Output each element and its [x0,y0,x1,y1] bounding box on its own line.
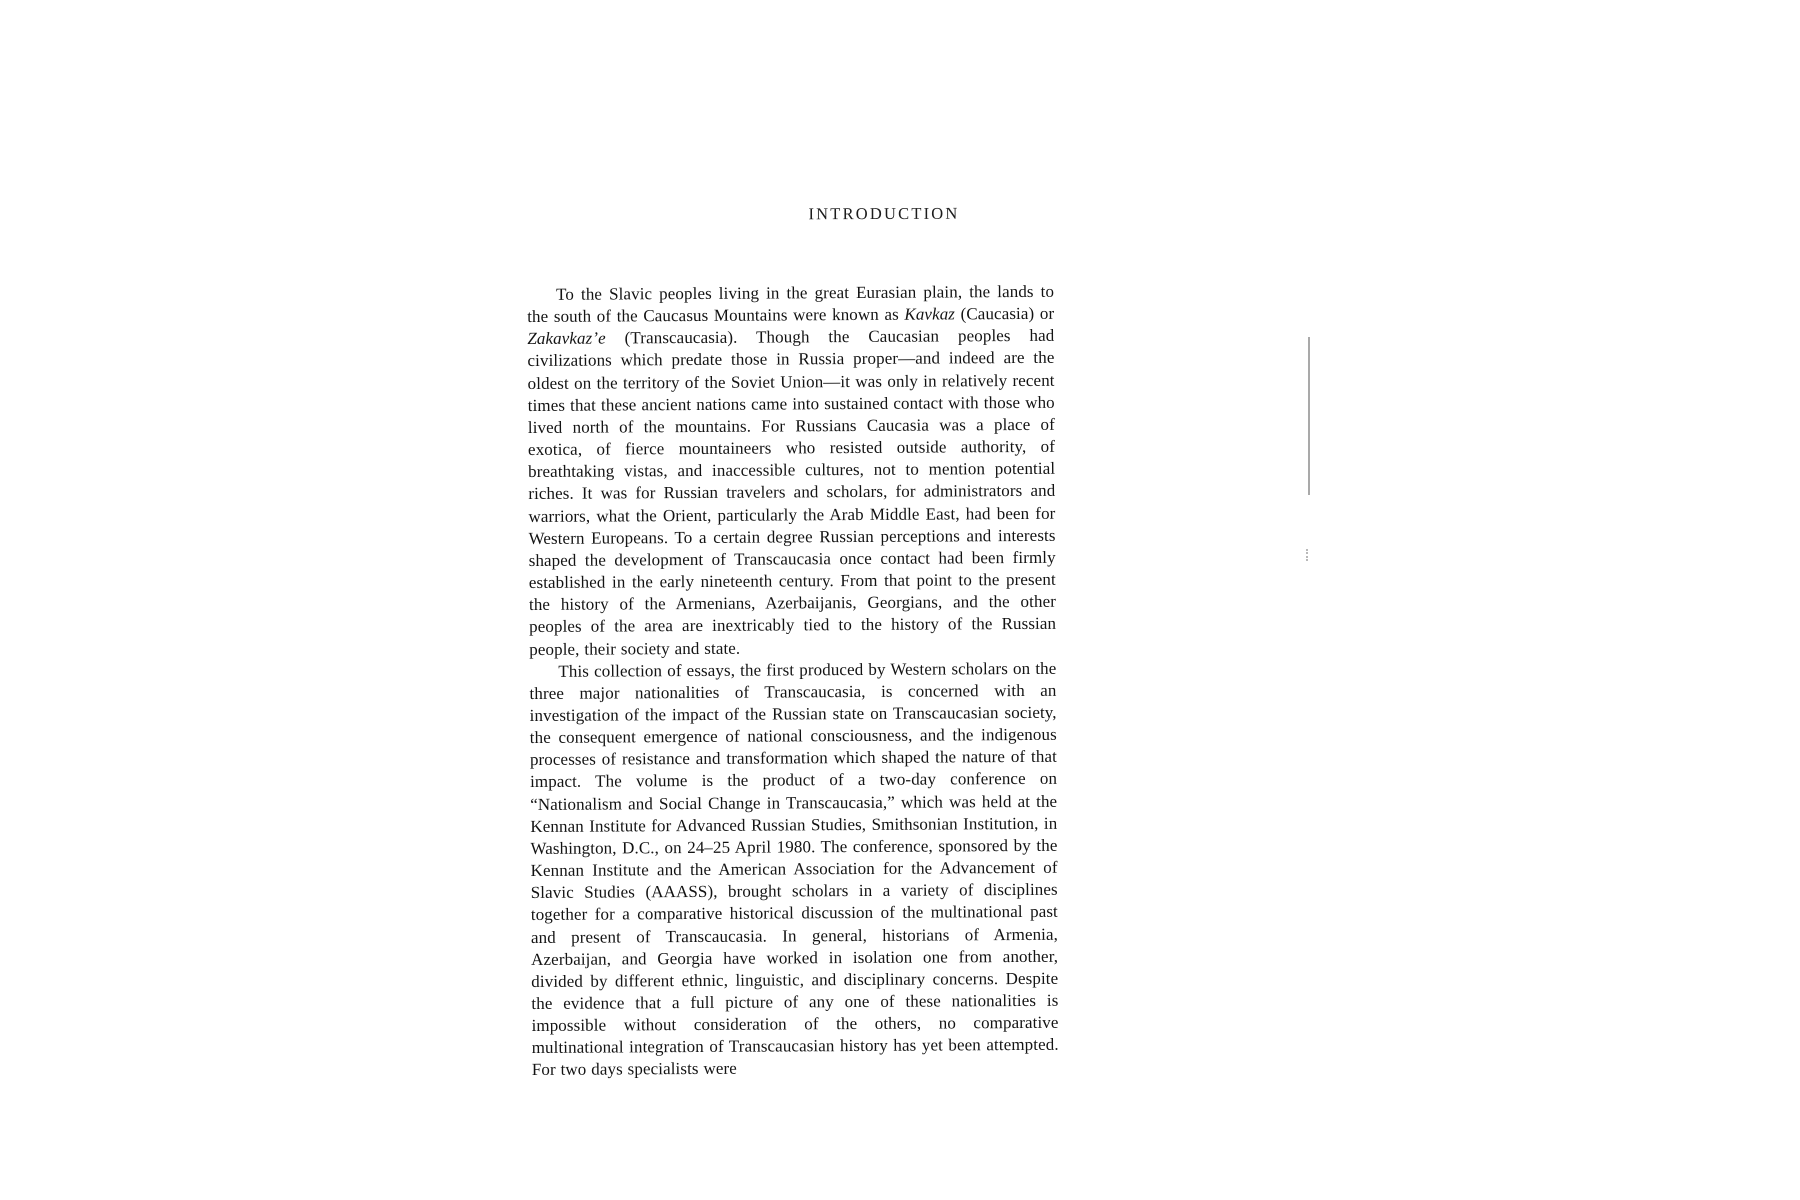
scan-artifact-line [1308,337,1310,495]
text-run: (Caucasia) or [955,304,1054,324]
scan-artifact-mark [1306,549,1310,561]
text-run: (Transcaucasia). Though the Caucasian pe… [527,326,1056,658]
italic-term: Zakavkaz’e [527,329,606,348]
text-block: To the Slavic peoples living in the grea… [527,281,1059,1082]
italic-term: Kavkaz [904,305,955,324]
text-run: This collection of essays, the first pro… [529,658,1058,1079]
scanned-book-page: INTRODUCTION To the Slavic peoples livin… [0,0,1800,1200]
page-heading: INTRODUCTION [634,203,1134,225]
paragraph: To the Slavic peoples living in the grea… [527,281,1056,661]
paragraph: This collection of essays, the first pro… [529,657,1059,1081]
